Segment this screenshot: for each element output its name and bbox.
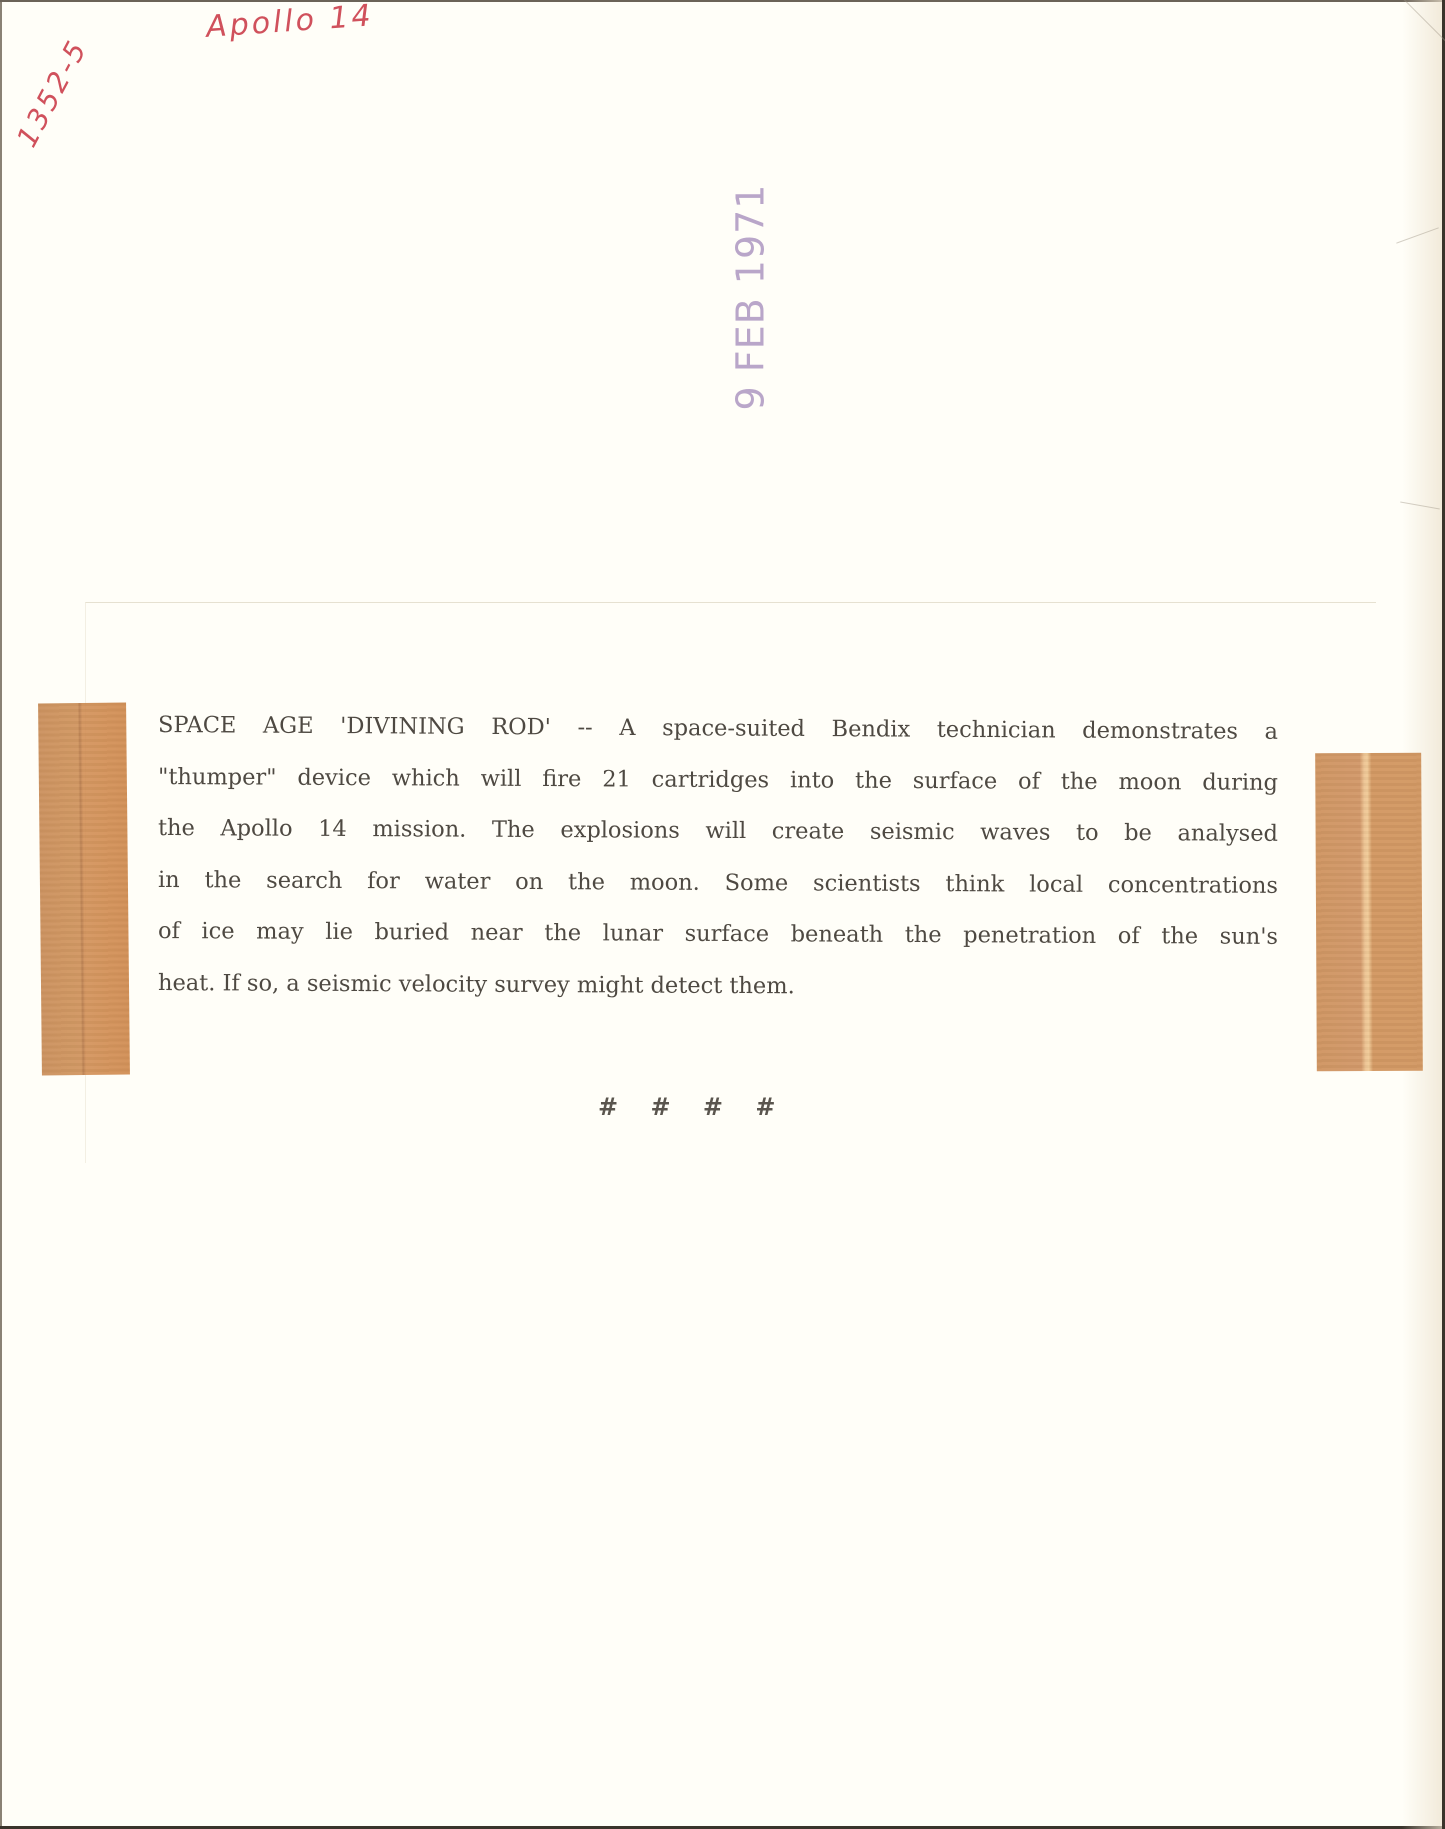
date-stamp-text: 9 FEB 1971: [728, 184, 772, 411]
photo-back-sheet: Apollo 14 1352-5 9 FEB 1971 SPACE AGE 'D…: [0, 0, 1445, 1829]
handwritten-title: Apollo 14: [205, 0, 375, 45]
date-stamp: 9 FEB 1971: [728, 212, 772, 382]
caption-text-block: SPACE AGE 'DIVINING ROD' -- A space-suit…: [158, 700, 1278, 1009]
caption-line: of ice may lie buried near the lunar sur…: [158, 906, 1278, 963]
adhesive-tape-left: [38, 703, 130, 1076]
caption-line: SPACE AGE 'DIVINING ROD' -- A space-suit…: [158, 700, 1278, 758]
caption-line: heat. If so, a seismic velocity survey m…: [158, 958, 1278, 1015]
caption-line: "thumper" device which will fire 21 cart…: [158, 752, 1278, 809]
caption-line: in the search for water on the moon. Som…: [158, 855, 1278, 912]
caption-line: the Apollo 14 mission. The explosions wi…: [158, 803, 1278, 860]
handwritten-reference-number: 1352-5: [10, 34, 94, 153]
adhesive-tape-right: [1315, 753, 1423, 1072]
end-mark: # # # #: [598, 1092, 778, 1121]
